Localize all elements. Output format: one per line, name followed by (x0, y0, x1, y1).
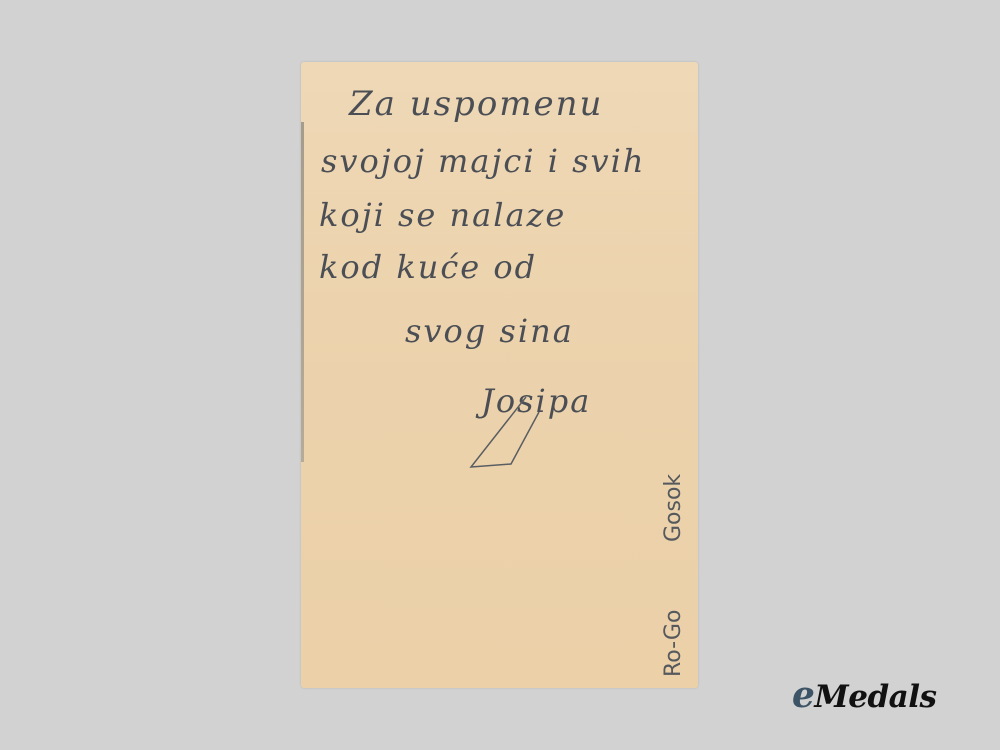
logo-medals: Medals (814, 679, 936, 715)
photo-card-back: Za uspomenu svojoj majci i svih koji se … (301, 62, 698, 688)
signature-flourish-icon (451, 392, 571, 482)
inscription-line-1: Za uspomenu (349, 84, 603, 124)
inscription-line-4: kod kuće od (319, 248, 537, 286)
inscription-line-3: koji se nalaze (319, 196, 566, 234)
side-note-bottom: Ro-Go (661, 610, 686, 677)
logo-e: e (792, 674, 814, 716)
inscription-line-2: svojoj majci i svih (321, 142, 645, 180)
side-note-top: Gosok (661, 474, 686, 542)
inscription-line-5: svog sina (405, 312, 574, 350)
card-edge-shadow (301, 122, 304, 462)
emedals-watermark: eMedals (792, 674, 936, 716)
